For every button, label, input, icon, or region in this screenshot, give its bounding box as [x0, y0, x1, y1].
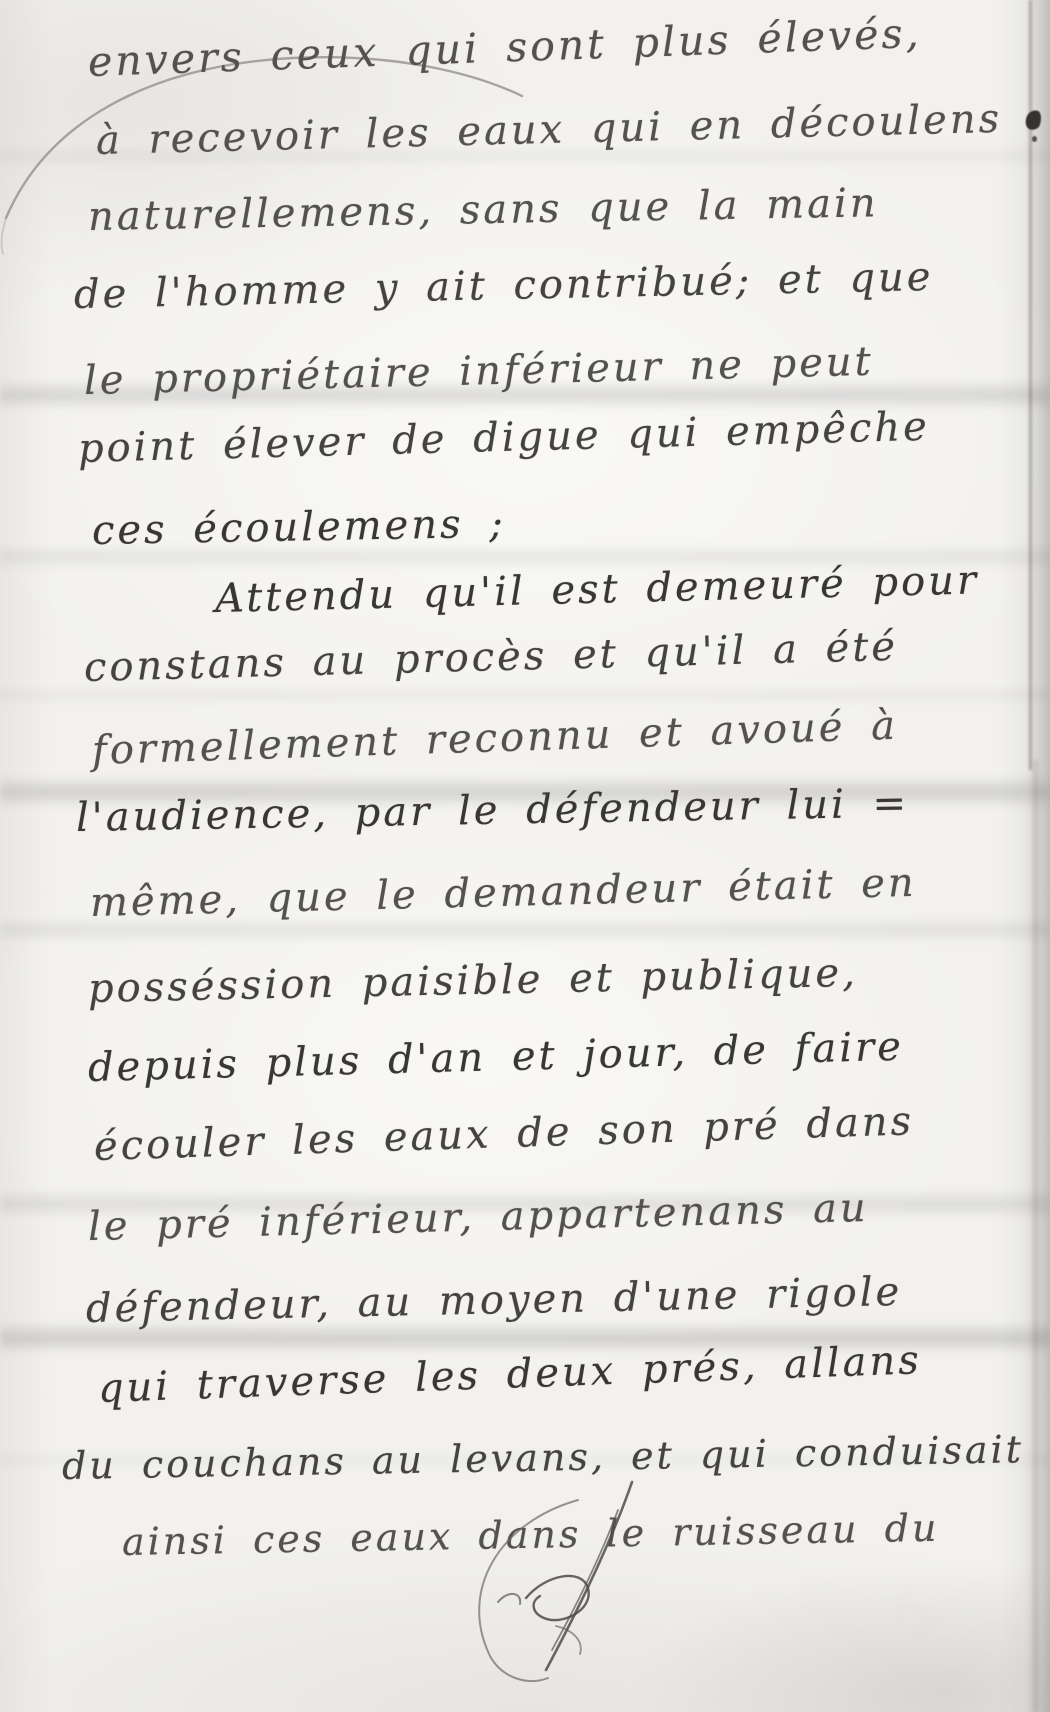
handwritten-line: qui traverse les deux prés, allans: [97, 1337, 922, 1412]
paper-edge-shade: [1024, 0, 1050, 1712]
handwritten-line: écouler les eaux de son pré dans: [93, 1098, 914, 1170]
ink-blot: [1024, 108, 1044, 131]
handwritten-line: posséssion paisible et publique,: [88, 950, 859, 1012]
manuscript-page: envers ceux qui sont plus élevés, à rece…: [0, 0, 1050, 1712]
vertical-fold-line: [1033, 760, 1038, 1712]
handwritten-line: constans au procès et qu'il a été: [83, 624, 898, 691]
handwritten-line: point élever de digue qui empêche: [77, 404, 930, 472]
handwritten-line: ces écoulemens ;: [92, 501, 507, 554]
handwritten-line: le propriétaire inférieur ne peut: [83, 339, 874, 404]
paraph-flourish: [350, 1470, 680, 1710]
handwritten-line: défendeur, au moyen d'une rigole: [86, 1269, 903, 1332]
handwritten-line: même, que le demandeur était en: [89, 860, 917, 926]
handwritten-line: formellement reconnu et avoué à: [91, 703, 898, 774]
handwritten-line: le pré inférieur, appartenans au: [87, 1185, 869, 1250]
handwritten-line: l'audience, par le défendeur lui =: [76, 780, 910, 841]
ink-blot: [1032, 136, 1037, 142]
handwritten-line: depuis plus d'an et jour, de faire: [87, 1024, 904, 1091]
handwritten-line: Attendu qu'il est demeuré pour: [214, 557, 979, 622]
